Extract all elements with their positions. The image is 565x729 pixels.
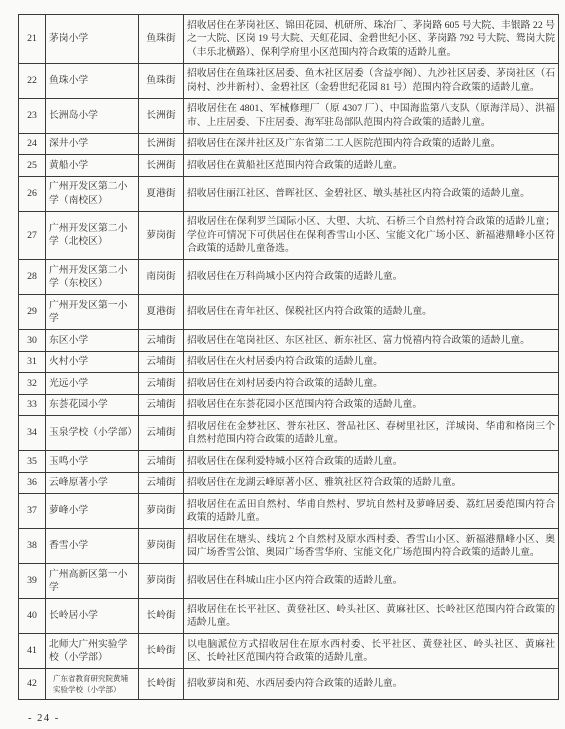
school-name-cell: 广州开发区第一小学 xyxy=(46,295,139,330)
row-number-cell: 25 xyxy=(19,155,46,177)
row-number-cell: 24 xyxy=(19,133,46,155)
table-row: 41 北师大广州实验学校（小学部） 长岭街 以电脑派位方式招收居住在原水西村委、… xyxy=(19,634,559,669)
row-number-cell: 27 xyxy=(19,211,46,260)
school-name-cell: 光远小学 xyxy=(46,373,139,395)
school-name-cell: 广州高新区第一小学 xyxy=(46,564,139,599)
enrollment-description-cell: 招收居住在火村居委内符合政策的适龄儿童。 xyxy=(184,351,559,373)
row-number-cell: 23 xyxy=(19,98,46,133)
school-name-cell: 广州开发区第二小学（南校区） xyxy=(46,176,139,211)
page-number: - 24 - xyxy=(28,713,565,724)
row-number-cell: 37 xyxy=(19,494,46,529)
table-body: 21 茅岗小学 鱼珠街 招收居住在茅岗社区、锦田花园、机研所、珠冶厂、茅岗路 6… xyxy=(19,15,559,700)
document-page: 21 茅岗小学 鱼珠街 招收居住在茅岗社区、锦田花园、机研所、珠冶厂、茅岗路 6… xyxy=(0,0,565,729)
enrollment-description-cell: 招收居住在青年社区、保税社区内符合政策的适龄儿童。 xyxy=(184,295,559,330)
table-row: 35 玉鸣小学 云埔街 招收居住在保利爱特城小区符合政策的适龄儿童。 xyxy=(19,451,559,473)
table-row: 42 广东省教育研究院黄埔实验学校（小学部） 长岭街 招收萝岗和苑、水西居委内符… xyxy=(19,669,559,700)
row-number-cell: 29 xyxy=(19,295,46,330)
enrollment-description-cell: 招收居住在鱼珠社区居委、鱼木社区居委（含益亭阁）、九沙社区居委、茅岗社区（石岗村… xyxy=(184,63,559,98)
table-row: 34 玉泉学校（小学部） 云埔街 招收居住在金梦社区、誉东社区、誉品社区、春树里… xyxy=(19,416,559,451)
school-name-cell: 广州开发区第二小学（东校区） xyxy=(46,260,139,295)
enrollment-description-cell: 招收居住在深井社区及广东省第二工人医院范围内符合政策的适龄儿童。 xyxy=(184,133,559,155)
school-name-cell: 玉鸣小学 xyxy=(46,451,139,473)
table-row: 38 香雪小学 萝岗街 招收居住在塘头、线坑 2 个自然村及原水西村委、香雪山小… xyxy=(19,529,559,564)
school-name-cell: 长洲岛小学 xyxy=(46,98,139,133)
street-cell: 长岭街 xyxy=(139,599,184,634)
row-number-cell: 28 xyxy=(19,260,46,295)
table-row: 24 深井小学 长洲街 招收居住在深井社区及广东省第二工人医院范围内符合政策的适… xyxy=(19,133,559,155)
table-row: 33 东荟花园小学 云埔街 招收居住在东荟花园小区范围内符合政策的适龄儿童。 xyxy=(19,394,559,416)
table-row: 22 鱼珠小学 鱼珠街 招收居住在鱼珠社区居委、鱼木社区居委（含益亭阁）、九沙社… xyxy=(19,63,559,98)
table-row: 23 长洲岛小学 长洲街 招收居住在 4801、军械修理厂（原 4307 厂）、… xyxy=(19,98,559,133)
street-cell: 萝岗街 xyxy=(139,211,184,260)
table-row: 31 火村小学 云埔街 招收居住在火村居委内符合政策的适龄儿童。 xyxy=(19,351,559,373)
table-row: 29 广州开发区第一小学 夏港街 招收居住在青年社区、保税社区内符合政策的适龄儿… xyxy=(19,295,559,330)
row-number-cell: 34 xyxy=(19,416,46,451)
row-number-cell: 38 xyxy=(19,529,46,564)
street-cell: 长岭街 xyxy=(139,669,184,700)
row-number-cell: 42 xyxy=(19,669,46,700)
enrollment-description-cell: 招收居住在孟田自然村、华甫自然村、罗坑自然村及萝峰居委、荔红居委范围内符合政策的… xyxy=(184,494,559,529)
row-number-cell: 39 xyxy=(19,564,46,599)
row-number-cell: 31 xyxy=(19,351,46,373)
street-cell: 萝岗街 xyxy=(139,564,184,599)
school-name-cell: 香雪小学 xyxy=(46,529,139,564)
table-row: 30 东区小学 云埔街 招收居住在笔岗社区、东区社区、新东社区、富力悦禧内符合政… xyxy=(19,330,559,352)
street-cell: 鱼珠街 xyxy=(139,63,184,98)
enrollment-description-cell: 招收居住在茅岗社区、锦田花园、机研所、珠冶厂、茅岗路 605 号大院、丰银路 2… xyxy=(184,15,559,64)
street-cell: 萝岗街 xyxy=(139,494,184,529)
school-name-cell: 长岭居小学 xyxy=(46,599,139,634)
enrollment-description-cell: 招收居住在东荟花园小区范围内符合政策的适龄儿童。 xyxy=(184,394,559,416)
row-number-cell: 33 xyxy=(19,394,46,416)
school-name-cell: 鱼珠小学 xyxy=(46,63,139,98)
school-name-cell: 萝峰小学 xyxy=(46,494,139,529)
enrollment-description-cell: 招收居住在塘头、线坑 2 个自然村及原水西村委、香雪山小区、新福港鼎峰小区、奥园… xyxy=(184,529,559,564)
street-cell: 南岗街 xyxy=(139,260,184,295)
enrollment-description-cell: 以电脑派位方式招收居住在原水西村委、长平社区、黄登社区、岭头社区、黄麻社区、长岭… xyxy=(184,634,559,669)
street-cell: 长洲街 xyxy=(139,155,184,177)
enrollment-description-cell: 招收居住在金梦社区、誉东社区、誉品社区、春树里社区，洋城岗、华甫和格岗三个自然村… xyxy=(184,416,559,451)
enrollment-description-cell: 招收居住在黄船社区范围内符合政策的适龄儿童。 xyxy=(184,155,559,177)
enrollment-description-cell: 招收居住丽江社区、普晖社区、金碧社区、墩头基社区内符合政策的适龄儿童。 xyxy=(184,176,559,211)
enrollment-description-cell: 招收居住在刘村居委内符合政策的适龄儿童。 xyxy=(184,373,559,395)
school-enrollment-table: 21 茅岗小学 鱼珠街 招收居住在茅岗社区、锦田花园、机研所、珠冶厂、茅岗路 6… xyxy=(18,14,559,700)
row-number-cell: 36 xyxy=(19,472,46,494)
street-cell: 云埔街 xyxy=(139,373,184,395)
school-name-cell: 玉泉学校（小学部） xyxy=(46,416,139,451)
row-number-cell: 30 xyxy=(19,330,46,352)
street-cell: 云埔街 xyxy=(139,394,184,416)
row-number-cell: 40 xyxy=(19,599,46,634)
table-row: 25 黄船小学 长洲街 招收居住在黄船社区范围内符合政策的适龄儿童。 xyxy=(19,155,559,177)
street-cell: 鱼珠街 xyxy=(139,15,184,64)
enrollment-description-cell: 招收居住在长平社区、黄登社区、岭头社区、黄麻社区、长岭社区范围内符合政策的适龄儿… xyxy=(184,599,559,634)
school-name-cell: 广州开发区第二小学（北校区） xyxy=(46,211,139,260)
row-number-cell: 22 xyxy=(19,63,46,98)
row-number-cell: 26 xyxy=(19,176,46,211)
table-row: 37 萝峰小学 萝岗街 招收居住在孟田自然村、华甫自然村、罗坑自然村及萝峰居委、… xyxy=(19,494,559,529)
street-cell: 萝岗街 xyxy=(139,529,184,564)
school-name-cell: 东荟花园小学 xyxy=(46,394,139,416)
row-number-cell: 21 xyxy=(19,15,46,64)
table-row: 32 光远小学 云埔街 招收居住在刘村居委内符合政策的适龄儿童。 xyxy=(19,373,559,395)
school-name-cell: 黄船小学 xyxy=(46,155,139,177)
enrollment-description-cell: 招收居住在 4801、军械修理厂（原 4307 厂）、中国海监第八支队（原海洋局… xyxy=(184,98,559,133)
school-name-cell: 云峰原著小学 xyxy=(46,472,139,494)
street-cell: 云埔街 xyxy=(139,416,184,451)
table-row: 39 广州高新区第一小学 萝岗街 招收居住在科城山庄小区内符合政策的适龄儿童。 xyxy=(19,564,559,599)
school-name-cell: 北师大广州实验学校（小学部） xyxy=(46,634,139,669)
table-row: 40 长岭居小学 长岭街 招收居住在长平社区、黄登社区、岭头社区、黄麻社区、长岭… xyxy=(19,599,559,634)
table-row: 27 广州开发区第二小学（北校区） 萝岗街 招收居住在保利罗兰国际小区、大塱、大… xyxy=(19,211,559,260)
street-cell: 云埔街 xyxy=(139,330,184,352)
street-cell: 长洲街 xyxy=(139,133,184,155)
enrollment-description-cell: 招收居住在龙湖云峰原著小区、雅筑社区符合政策的适龄儿童。 xyxy=(184,472,559,494)
street-cell: 夏港街 xyxy=(139,176,184,211)
street-cell: 云埔街 xyxy=(139,451,184,473)
street-cell: 夏港街 xyxy=(139,295,184,330)
row-number-cell: 41 xyxy=(19,634,46,669)
school-name-cell: 火村小学 xyxy=(46,351,139,373)
street-cell: 长洲街 xyxy=(139,98,184,133)
street-cell: 云埔街 xyxy=(139,472,184,494)
enrollment-description-cell: 招收居住在万科尚城小区内符合政策的适龄儿童。 xyxy=(184,260,559,295)
table-row: 26 广州开发区第二小学（南校区） 夏港街 招收居住丽江社区、普晖社区、金碧社区… xyxy=(19,176,559,211)
school-name-cell: 深井小学 xyxy=(46,133,139,155)
table-row: 28 广州开发区第二小学（东校区） 南岗街 招收居住在万科尚城小区内符合政策的适… xyxy=(19,260,559,295)
table-row: 36 云峰原著小学 云埔街 招收居住在龙湖云峰原著小区、雅筑社区符合政策的适龄儿… xyxy=(19,472,559,494)
table-row: 21 茅岗小学 鱼珠街 招收居住在茅岗社区、锦田花园、机研所、珠冶厂、茅岗路 6… xyxy=(19,15,559,64)
enrollment-description-cell: 招收居住在笔岗社区、东区社区、新东社区、富力悦禧内符合政策的适龄儿童。 xyxy=(184,330,559,352)
school-name-cell: 东区小学 xyxy=(46,330,139,352)
enrollment-description-cell: 招收萝岗和苑、水西居委内符合政策的适龄儿童。 xyxy=(184,669,559,700)
row-number-cell: 32 xyxy=(19,373,46,395)
school-name-cell: 茅岗小学 xyxy=(46,15,139,64)
row-number-cell: 35 xyxy=(19,451,46,473)
street-cell: 云埔街 xyxy=(139,351,184,373)
street-cell: 长岭街 xyxy=(139,634,184,669)
enrollment-description-cell: 招收居住在科城山庄小区内符合政策的适龄儿童。 xyxy=(184,564,559,599)
enrollment-description-cell: 招收居住在保利爱特城小区符合政策的适龄儿童。 xyxy=(184,451,559,473)
school-name-cell: 广东省教育研究院黄埔实验学校（小学部） xyxy=(46,669,139,700)
enrollment-description-cell: 招收居住在保利罗兰国际小区、大塱、大坑、石桥三个自然村符合政策的适龄儿童；学位许… xyxy=(184,211,559,260)
